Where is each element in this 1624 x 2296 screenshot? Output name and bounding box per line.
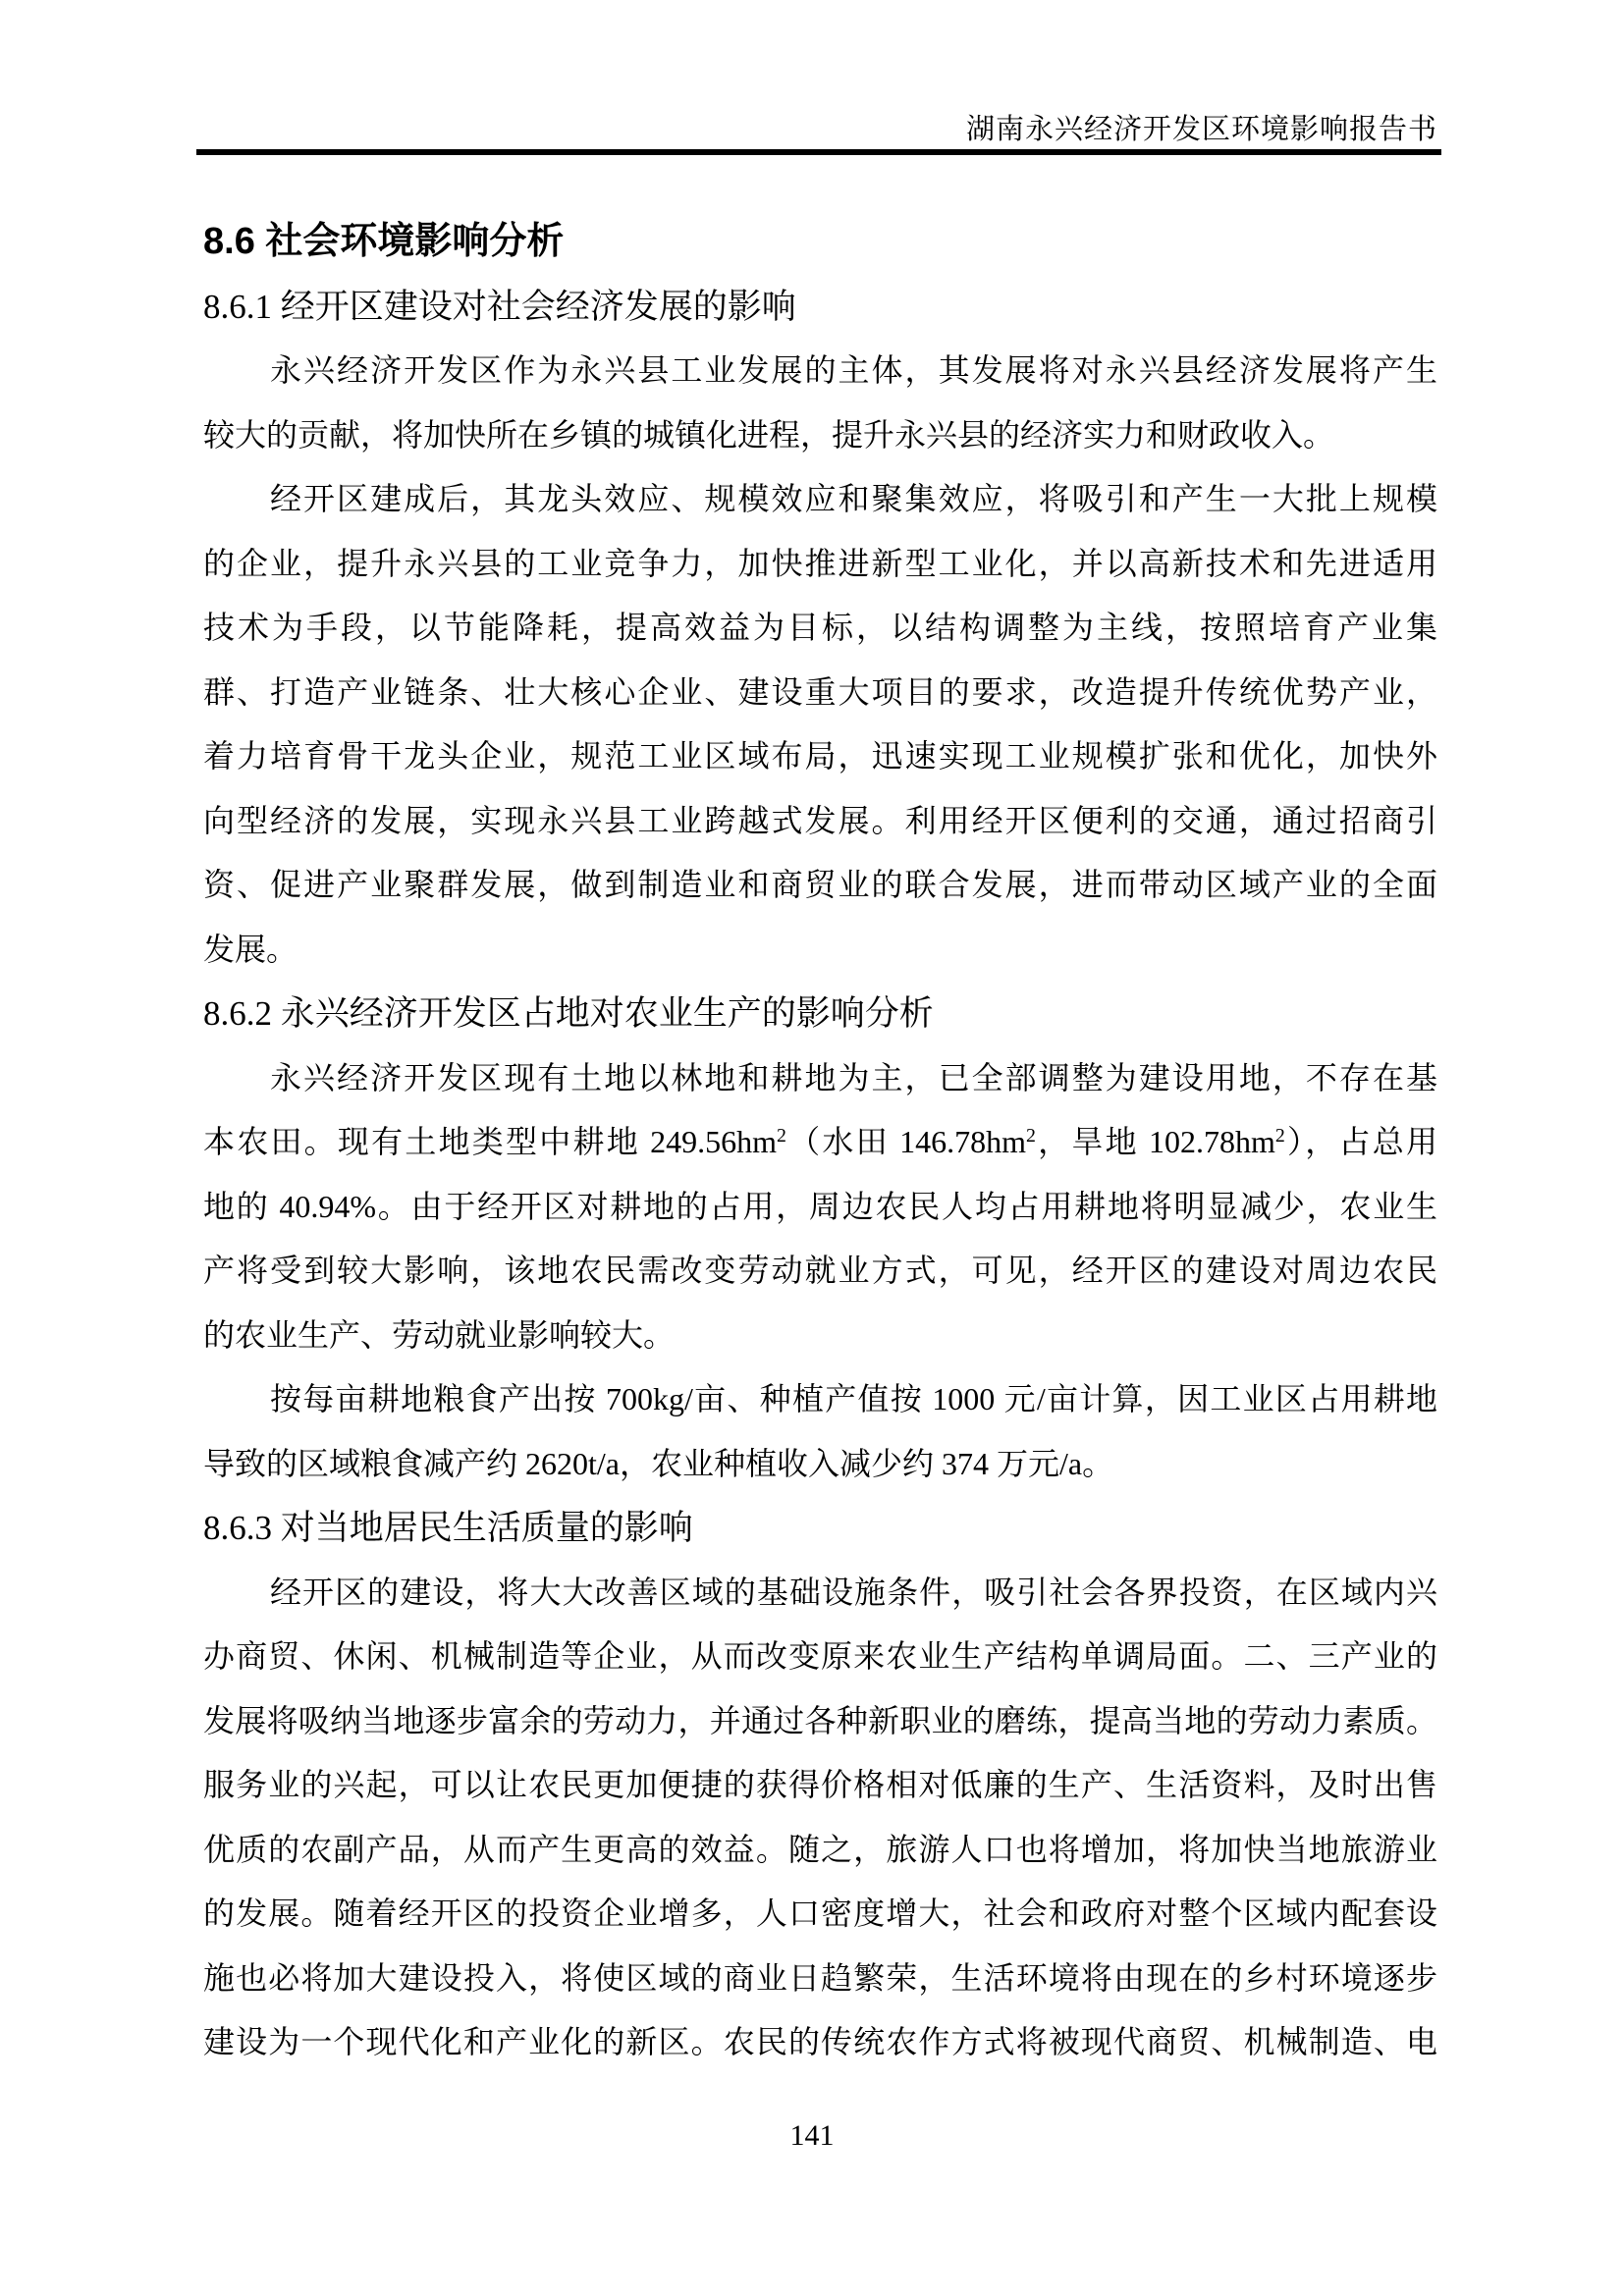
text-line: 的农业生产、劳动就业影响较大。 — [203, 1304, 1437, 1368]
text-line: 发展。 — [203, 918, 1437, 983]
text-line: 资、促进产业聚群发展，做到制造业和商贸业的联合发展，进而带动区域产业的全面 — [203, 853, 1437, 918]
text-line: 着力培育骨干龙头企业，规范工业区域布局，迅速实现工业规模扩张和优化，加快外 — [203, 724, 1437, 789]
text-line: 经开区的建设，将大大改善区域的基础设施条件，吸引社会各界投资，在区域内兴 — [203, 1561, 1437, 1626]
superscript: 2 — [1026, 1125, 1036, 1147]
text-line: 建设为一个现代化和产业化的新区。农民的传统农作方式将被现代商贸、机械制造、电 — [203, 2010, 1437, 2075]
doc-header-title: 湖南永兴经济开发区环境影响报告书 — [196, 110, 1437, 149]
body-content: 8.6 社会环境影响分析8.6.1 经开区建设对社会经济发展的影响永兴经济开发区… — [203, 210, 1437, 2075]
text-line: 按每亩耕地粮食产出按 700kg/亩、种植产值按 1000 元/亩计算，因工业区… — [203, 1367, 1437, 1432]
header-rule-divider — [196, 149, 1441, 155]
text-line: 发展将吸纳当地逐步富余的劳动力，并通过各种新职业的磨练，提高当地的劳动力素质。 — [203, 1689, 1437, 1754]
text-line: 的发展。随着经开区的投资企业增多，人口密度增大，社会和政府对整个区域内配套设 — [203, 1882, 1437, 1947]
text-line: 的企业，提升永兴县的工业竞争力，加快推进新型工业化，并以高新技术和先进适用 — [203, 532, 1437, 597]
text-line: 经开区建成后，其龙头效应、规模效应和聚集效应，将吸引和产生一大批上规模 — [203, 467, 1437, 532]
text-line: 施也必将加大建设投入，将使区域的商业日趋繁荣，生活环境将由现在的乡村环境逐步 — [203, 1947, 1437, 2011]
text-line: 永兴经济开发区现有土地以林地和耕地为主，已全部调整为建设用地，不存在基 — [203, 1046, 1437, 1111]
document-page: 湖南永兴经济开发区环境影响报告书 8.6 社会环境影响分析8.6.1 经开区建设… — [0, 0, 1624, 2296]
text-line: 产将受到较大影响，该地农民需改变劳动就业方式，可见，经开区的建设对周边农民 — [203, 1239, 1437, 1304]
subsection-heading: 8.6.3 对当地居民生活质量的影响 — [203, 1496, 1437, 1561]
text-line: 较大的贡献，将加快所在乡镇的城镇化进程，提升永兴县的经济实力和财政收入。 — [203, 403, 1437, 468]
superscript: 2 — [1275, 1125, 1285, 1147]
text-line: 向型经济的发展，实现永兴县工业跨越式发展。利用经开区便利的交通，通过招商引 — [203, 789, 1437, 854]
page-number: 141 — [0, 2118, 1624, 2154]
superscript: 2 — [777, 1125, 786, 1147]
text-line: 技术为手段，以节能降耗，提高效益为目标，以结构调整为主线，按照培育产业集 — [203, 596, 1437, 661]
text-line: 优质的农副产品，从而产生更高的效益。随之，旅游人口也将增加，将加快当地旅游业 — [203, 1818, 1437, 1883]
subsection-heading: 8.6.1 经开区建设对社会经济发展的影响 — [203, 275, 1437, 340]
text-line: 服务业的兴起，可以让农民更加便捷的获得价格相对低廉的生产、生活资料，及时出售 — [203, 1753, 1437, 1818]
text-line: 本农田。现有土地类型中耕地 249.56hm2（水田 146.78hm2，旱地 … — [203, 1110, 1437, 1175]
text-line: 地的 40.94%。由于经开区对耕地的占用，周边农民人均占用耕地将明显减少，农业… — [203, 1175, 1437, 1240]
subsection-heading: 8.6.2 永兴经济开发区占地对农业生产的影响分析 — [203, 982, 1437, 1046]
text-line: 群、打造产业链条、壮大核心企业、建设重大项目的要求，改造提升传统优势产业， — [203, 661, 1437, 725]
text-line: 导致的区域粮食减产约 2620t/a，农业种植收入减少约 374 万元/a。 — [203, 1432, 1437, 1497]
section-heading: 8.6 社会环境影响分析 — [203, 210, 1437, 275]
text-line: 办商贸、休闲、机械制造等企业，从而改变原来农业生产结构单调局面。二、三产业的 — [203, 1625, 1437, 1689]
text-line: 永兴经济开发区作为永兴县工业发展的主体，其发展将对永兴县经济发展将产生 — [203, 339, 1437, 403]
